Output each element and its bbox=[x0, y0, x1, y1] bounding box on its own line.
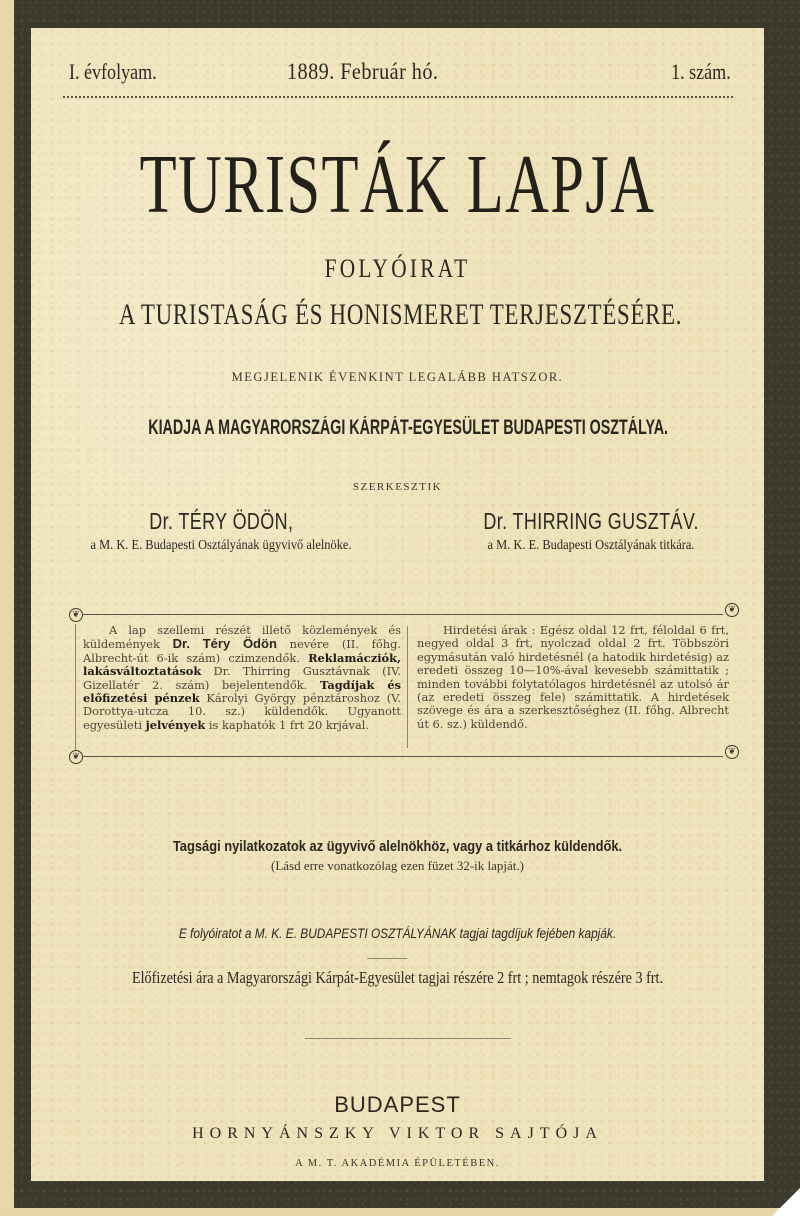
volume-label: I. évfolyam. bbox=[69, 59, 157, 85]
journal-purpose: A TURISTASÁG ÉS HONISMERET TERJESZTÉSÉRE… bbox=[119, 298, 676, 332]
imprint-printer: HORNYÁNSZKY VIKTOR SAJTÓJA bbox=[31, 1125, 764, 1143]
editor-role: a M. K. E. Budapesti Osztályának titkára… bbox=[425, 537, 756, 553]
ornament-icon: ❦ bbox=[69, 608, 83, 622]
membership-notice: Tagsági nyilatkozatok az ügyvivő alelnök… bbox=[82, 838, 712, 855]
cover-page: I. évfolyam. 1889. Február hó. 1. szám. … bbox=[31, 28, 764, 1181]
editor-tery: Dr. TÉRY ÖDÖN, a M. K. E. Budapesti Oszt… bbox=[31, 508, 411, 553]
issue-date: 1889. Február hó. bbox=[287, 59, 438, 85]
publisher-line: KIADJA A MAGYARORSZÁGI KÁRPÁT-EGYESÜLET … bbox=[148, 416, 646, 440]
ornament-icon: ❦ bbox=[725, 603, 739, 617]
editor-role: a M. K. E. Budapesti Osztályának ügyvivő… bbox=[46, 537, 396, 553]
members-free-note: E folyóiratot a M. K. E. BUDAPESTI OSZTÁ… bbox=[75, 926, 720, 941]
editor-thirring: Dr. THIRRING GUSZTÁV. a M. K. E. Budapes… bbox=[411, 508, 771, 553]
advertising-text: Hirdetési árak : Egész oldal 12 frt, fél… bbox=[417, 624, 729, 731]
ornament-icon: ❦ bbox=[725, 745, 739, 759]
membership-reference: (Lásd erre vonatkozólag ezen füzet 32-ik… bbox=[31, 858, 764, 874]
advertising-rates: Hirdetési árak : Egész oldal 12 frt, fél… bbox=[417, 624, 729, 731]
page-edge-bottom bbox=[0, 1208, 800, 1216]
notice-box: ❦ ❦ ❦ ❦ A lap szellemi részét illető köz… bbox=[69, 606, 739, 756]
notice-column-divider bbox=[407, 626, 408, 748]
editor-name: Dr. THIRRING GUSZTÁV. bbox=[483, 508, 699, 535]
imprint-divider bbox=[305, 1038, 511, 1039]
imprint-city: BUDAPEST bbox=[31, 1092, 764, 1118]
journal-subtitle: FOLYÓIRAT bbox=[97, 254, 698, 284]
dotted-divider bbox=[63, 96, 733, 98]
publication-frequency: MEGJELENIK ÉVENKINT LEGALÁBB HATSZOR. bbox=[31, 370, 764, 385]
editors-label: SZERKESZTIK bbox=[31, 481, 764, 493]
notice-vertical-rule bbox=[75, 624, 76, 750]
page-edge bbox=[0, 0, 14, 1216]
short-divider bbox=[367, 958, 407, 959]
notice-rule-top bbox=[83, 614, 723, 615]
issue-number: 1. szám. bbox=[671, 59, 731, 85]
notice-rule-bottom bbox=[83, 756, 723, 757]
ornament-icon: ❦ bbox=[69, 750, 83, 764]
masthead: I. évfolyam. 1889. Február hó. 1. szám. bbox=[69, 59, 731, 89]
subscription-price: Előfizetési ára a Magyarországi Kárpát-E… bbox=[82, 968, 712, 988]
notice-text: is kaphatók 1 frt 20 krjával. bbox=[205, 718, 369, 732]
notice-emphasis: Dr. Téry Ödön bbox=[173, 636, 277, 651]
editor-name: Dr. TÉRY ÖDÖN, bbox=[149, 508, 293, 535]
journal-title: TURISTÁK LAPJA bbox=[134, 143, 662, 227]
notice-emphasis: jelvények bbox=[146, 718, 206, 732]
editorial-notice: A lap szellemi részét illető közlemények… bbox=[83, 624, 401, 732]
imprint-location: A M. T. AKADÉMIA ÉPÜLETÉBEN. bbox=[31, 1158, 764, 1169]
